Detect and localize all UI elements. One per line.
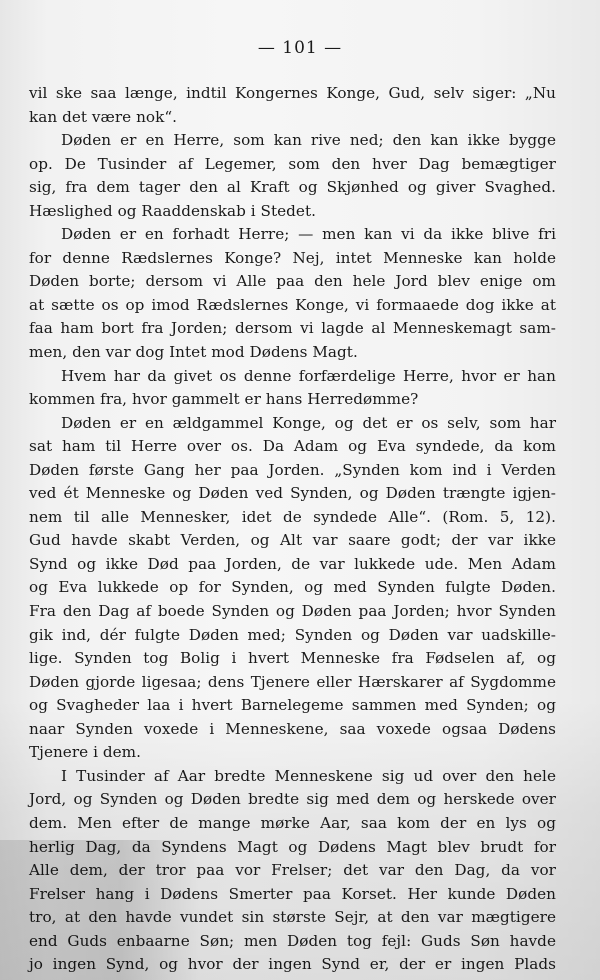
- text-line: Fra den Dag af boede Synden og Døden paa…: [29, 600, 556, 624]
- text-line: naar Synden voxede i Menneskene, saa vox…: [29, 718, 556, 742]
- text-line: Døden første Gang her paa Jorden. „Synde…: [29, 459, 556, 483]
- text-line: kommen fra, hvor gammelt er hans Herredø…: [29, 388, 556, 412]
- text-line: Gud havde skabt Verden, og Alt var saare…: [29, 529, 556, 553]
- text-line: jo ingen Synd, og hvor der ingen Synd er…: [29, 953, 556, 977]
- text-line: Døden borte; dersom vi Alle paa den hele…: [29, 270, 556, 294]
- page-number: — 101 —: [0, 38, 600, 58]
- text-line: Tjenere i dem.: [29, 741, 556, 765]
- text-line: Synd og ikke Død paa Jorden, de var lukk…: [29, 553, 556, 577]
- text-line: Hæslighed og Raaddenskab i Stedet.: [29, 200, 556, 224]
- text-line: at sætte os op imod Rædslernes Konge, vi…: [29, 294, 556, 318]
- text-line: Jord, og Synden og Døden bredte sig med …: [29, 788, 556, 812]
- text-line: Alle dem, der tror paa vor Frelser; det …: [29, 859, 556, 883]
- text-line: sat ham til Herre over os. Da Adam og Ev…: [29, 435, 556, 459]
- text-line: lige. Synden tog Bolig i hvert Menneske …: [29, 647, 556, 671]
- body-text: vil ske saa længe, indtil Kongernes Kong…: [29, 82, 556, 977]
- text-line: Døden er en Herre, som kan rive ned; den…: [29, 129, 556, 153]
- text-line: op. De Tusinder af Legemer, som den hver…: [29, 153, 556, 177]
- text-line: Hvem har da givet os denne forfærdelige …: [29, 365, 556, 389]
- text-line: og Svagheder laa i hvert Barnelegeme sam…: [29, 694, 556, 718]
- text-line: faa ham bort fra Jorden; dersom vi lagde…: [29, 317, 556, 341]
- text-line: ved ét Menneske og Døden ved Synden, og …: [29, 482, 556, 506]
- text-line: for denne Rædslernes Konge? Nej, intet M…: [29, 247, 556, 271]
- text-line: dem. Men efter de mange mørke Aar, saa k…: [29, 812, 556, 836]
- text-line: og Eva lukkede op for Synden, og med Syn…: [29, 576, 556, 600]
- text-line: gik ind, dér fulgte Døden med; Synden og…: [29, 624, 556, 648]
- text-line: Døden gjorde ligesaa; dens Tjenere eller…: [29, 671, 556, 695]
- text-line: Døden er en forhadt Herre; — men kan vi …: [29, 223, 556, 247]
- text-line: sig, fra dem tager den al Kraft og Skjøn…: [29, 176, 556, 200]
- text-line: end Guds enbaarne Søn; men Døden tog fej…: [29, 930, 556, 954]
- text-line: kan det være nok“.: [29, 106, 556, 130]
- text-line: Døden er en ældgammel Konge, og det er o…: [29, 412, 556, 436]
- text-line: Frelser hang i Dødens Smerter paa Korset…: [29, 883, 556, 907]
- text-line: nem til alle Mennesker, idet de syndede …: [29, 506, 556, 530]
- text-line: tro, at den havde vundet sin største Sej…: [29, 906, 556, 930]
- text-line: vil ske saa længe, indtil Kongernes Kong…: [29, 82, 556, 106]
- text-line: men, den var dog Intet mod Dødens Magt.: [29, 341, 556, 365]
- text-line: herlig Dag, da Syndens Magt og Dødens Ma…: [29, 836, 556, 860]
- text-line: I Tusinder af Aar bredte Menneskene sig …: [29, 765, 556, 789]
